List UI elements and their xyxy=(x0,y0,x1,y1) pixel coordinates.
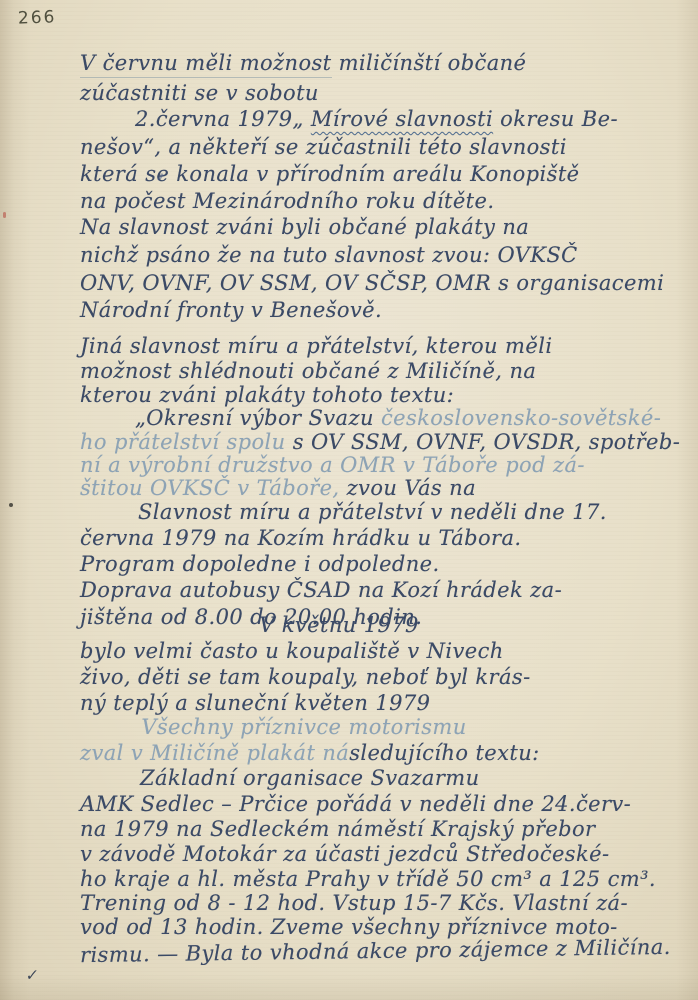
section-heading-motorism: Všechny příznivce motorismu xyxy=(0,714,653,740)
text-segment: bylo velmi často u koupaliště v Nivech xyxy=(80,639,504,663)
handwritten-line: 2.června 1979„ Mírové slavnosti okresu B… xyxy=(135,106,618,132)
chronicle-page: { "page": { "number": "266", "check_mark… xyxy=(0,0,698,1000)
text-segment: ho přátelství spolu xyxy=(80,430,293,454)
text-segment: sledujícího textu: xyxy=(349,741,539,765)
handwritten-line: Jiná slavnost míru a přátelství, kterou … xyxy=(80,333,552,359)
text-segment: možnost shlédnouti občané z Miličíně, na xyxy=(80,359,536,383)
text-segment: ho kraje a hl. města Prahy v třídě 50 cm… xyxy=(80,867,656,891)
text-segment: na 1979 na Sedleckém náměstí Krajský pře… xyxy=(80,817,596,841)
text-segment: Trening od 8 - 12 hod. Vstup 15-7 Kčs. V… xyxy=(80,891,628,915)
handwritten-line: ho kraje a hl. města Prahy v třídě 50 cm… xyxy=(80,866,656,892)
text-segment: zvou Vás na xyxy=(347,476,476,500)
text-segment: ný teplý a sluneční květen 1979 xyxy=(80,691,430,715)
handwritten-line: „Okresní výbor Svazu československo-sově… xyxy=(135,405,661,431)
text-segment: okresu Be- xyxy=(493,107,618,131)
text-segment: živo, děti se tam koupaly, neboť byl krá… xyxy=(80,665,531,689)
handwritten-line: Na slavnost zváni byli občané plakáty na xyxy=(80,214,529,240)
handwritten-line: Doprava autobusy ČSAD na Kozí hrádek za- xyxy=(80,577,562,603)
text-segment: června 1979 na Kozím hrádku u Tábora. xyxy=(80,526,521,550)
text-segment: miličínští občané xyxy=(332,51,527,75)
handwritten-line: Slavnost míru a přátelství v neděli dne … xyxy=(138,499,607,525)
page-number: 266 xyxy=(18,7,57,28)
handwritten-line: na počest Mezinárodního roku dítěte. xyxy=(80,188,494,214)
text-segment: Program dopoledne i odpoledne. xyxy=(80,552,440,576)
handwritten-line: Program dopoledne i odpoledne. xyxy=(80,551,440,577)
text-segment: zúčastniti se v sobotu xyxy=(80,81,319,105)
handwritten-line: nešov“, a někteří se zúčastnili této sla… xyxy=(80,134,567,160)
text-segment: Jiná slavnost míru a přátelství, kterou … xyxy=(80,334,552,358)
text-segment: V květnu 1979 xyxy=(259,613,419,637)
text-segment: Základní organisace Svazarmu xyxy=(140,766,480,790)
handwritten-line: ný teplý a sluneční květen 1979 xyxy=(80,690,430,716)
handwritten-line: bylo velmi často u koupaliště v Nivech xyxy=(80,638,504,664)
handwritten-line: června 1979 na Kozím hrádku u Tábora. xyxy=(80,525,521,551)
text-segment: v závodě Motokár za účasti jezdců Středo… xyxy=(80,842,609,866)
ink-speck xyxy=(9,503,13,507)
handwritten-line: možnost shlédnouti občané z Miličíně, na xyxy=(80,358,536,384)
text-segment: ONV, OVNF, OV SSM, OV SČSP, OMR s organi… xyxy=(80,271,664,295)
handwritten-line: Národní fronty v Benešově. xyxy=(80,297,382,323)
text-segment: Mírové slavnosti xyxy=(311,107,493,131)
text-segment: na počest Mezinárodního roku dítěte. xyxy=(80,189,494,213)
text-segment: nešov“, a někteří se zúčastnili této sla… xyxy=(80,135,567,159)
handwritten-line: nichž psáno že na tuto slavnost zvou: OV… xyxy=(80,242,578,268)
text-segment: Na slavnost zváni byli občané plakáty na xyxy=(80,215,529,239)
text-segment: kterou zváni plakáty tohoto textu: xyxy=(80,383,454,407)
section-heading-may-1979: V květnu 1979 xyxy=(0,612,688,638)
red-margin-speck xyxy=(3,212,6,218)
handwritten-line: ONV, OVNF, OV SSM, OV SČSP, OMR s organi… xyxy=(80,270,664,296)
text-segment: Všechny příznivce motorismu xyxy=(141,715,466,739)
text-segment: s OV SSM, OVNF, OVSDR, spotřeb- xyxy=(293,430,681,454)
text-segment: zval v Miličíně plakát ná xyxy=(80,741,349,765)
handwritten-line: Základní organisace Svazarmu xyxy=(140,765,480,791)
handwritten-line: živo, děti se tam koupaly, neboť byl krá… xyxy=(80,664,531,690)
text-segment: která se konala v přírodním areálu Konop… xyxy=(80,162,579,186)
handwritten-line: zval v Miličíně plakát následujícího tex… xyxy=(80,740,540,766)
handwritten-line: štitou OVKSČ v Táboře, zvou Vás na xyxy=(80,475,476,501)
handwritten-line: Trening od 8 - 12 hod. Vstup 15-7 Kčs. V… xyxy=(80,890,628,916)
text-segment: československo-sovětské- xyxy=(381,406,661,430)
text-segment: 2.června 1979„ xyxy=(135,107,311,131)
handwritten-line: v závodě Motokár za účasti jezdců Středo… xyxy=(80,841,609,867)
text-segment: Doprava autobusy ČSAD na Kozí hrádek za- xyxy=(80,578,562,602)
text-segment: AMK Sedlec – Prčice pořádá v neděli dne … xyxy=(80,792,631,816)
text-segment: nichž psáno že na tuto slavnost zvou: OV… xyxy=(80,243,578,267)
handwritten-line: na 1979 na Sedleckém náměstí Krajský pře… xyxy=(80,816,596,842)
handwritten-line: která se konala v přírodním areálu Konop… xyxy=(80,161,579,187)
pen-check-mark: ✓ xyxy=(25,965,40,984)
text-segment: Národní fronty v Benešově. xyxy=(80,298,382,322)
handwritten-line: V červnu měli možnost miličínští občané xyxy=(80,50,526,76)
text-segment: Slavnost míru a přátelství v neděli dne … xyxy=(138,500,607,524)
handwritten-line: zúčastniti se v sobotu xyxy=(80,80,319,106)
text-segment: „Okresní výbor Svazu xyxy=(135,406,381,430)
text-segment: štitou OVKSČ v Táboře, xyxy=(80,476,347,500)
text-segment: ní a výrobní družstvo a OMR v Táboře pod… xyxy=(80,453,585,477)
handwritten-line: AMK Sedlec – Prčice pořádá v neděli dne … xyxy=(80,791,631,817)
text-segment: V červnu měli možnost xyxy=(80,51,332,78)
